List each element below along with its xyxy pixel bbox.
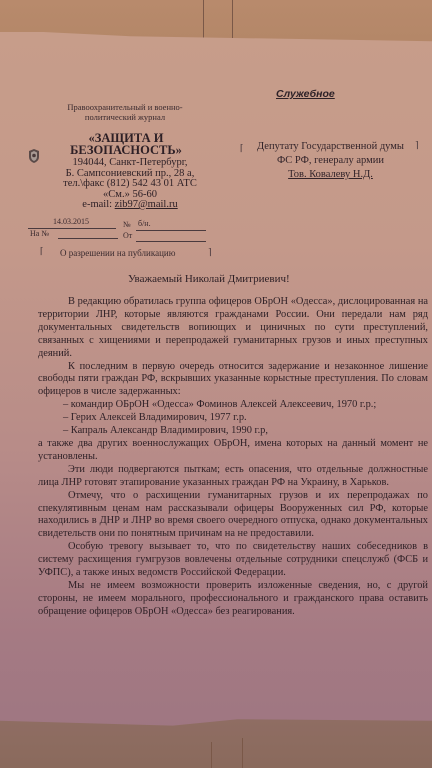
paragraph: Особую тревогу вызывает то, что по свиде… xyxy=(38,541,428,580)
paragraph: В редакцию обратилась группа офицеров ОБ… xyxy=(38,296,428,361)
subject-bracket-right: ⌉ xyxy=(208,247,212,258)
paragraph: Отмечу, что о расхищении гуманитарных гр… xyxy=(38,490,428,542)
paragraph: К последним в первую очередь относится з… xyxy=(38,361,428,400)
email-label: e-mail: xyxy=(82,199,114,210)
requisites-block: 14.03.2015 № б/н. На № От xyxy=(28,221,228,251)
number-value: б/н. xyxy=(138,219,151,228)
background-crack xyxy=(211,742,212,768)
phone-line: тел.\факс (812) 542 43 01 АТС xyxy=(30,179,230,190)
address-line1: 194044, Санкт-Петербург, xyxy=(30,158,230,169)
paragraph: Эти люди подвергаются пыткам; есть опасе… xyxy=(38,464,428,490)
paragraph: Мы не имеем возможности проверить изложе… xyxy=(38,580,428,619)
recipient-block: Депутату Государственной думы ФС РФ, ген… xyxy=(238,140,423,182)
reply-to-label: На № xyxy=(30,229,49,238)
sender-address: 194044, Санкт-Петербург, Б. Сампсониевск… xyxy=(30,158,230,211)
recipient-line1: Депутату Государственной думы xyxy=(238,140,423,154)
letter-body: В редакцию обратилась группа офицеров ОБ… xyxy=(38,296,428,619)
detainee-item: – командир ОБрОН «Одесса» Фоминов Алексе… xyxy=(38,399,428,412)
sender-org-description: Правоохранительный и военно-политический… xyxy=(50,102,200,122)
subject-line: О разрешении на публикацию xyxy=(60,248,175,258)
from-label: От xyxy=(123,231,132,240)
number-label: № xyxy=(123,220,131,229)
detainee-item: – Герих Алексей Владимирович, 1977 г.р. xyxy=(38,412,428,425)
document-date: 14.03.2015 xyxy=(53,217,89,226)
background-crack xyxy=(203,0,204,40)
subject-bracket-left: ⌈ xyxy=(40,246,44,257)
recipient-line2: ФС РФ, генералу армии xyxy=(238,154,423,168)
detainee-item: – Капраль Александр Владимирович, 1990 г… xyxy=(38,425,428,438)
paragraph: а также два других военнослужащих ОБрОН,… xyxy=(38,438,428,464)
from-underline xyxy=(136,241,206,242)
background-crack xyxy=(232,0,233,40)
number-underline xyxy=(136,230,206,231)
document-page: Служебное Правоохранительный и военно-по… xyxy=(0,32,432,742)
org-name-line2: БЕЗОПАСНОСТЬ» xyxy=(56,144,196,156)
email-link[interactable]: zib97@mail.ru xyxy=(115,199,178,210)
classification-label: Служебное xyxy=(276,88,335,100)
reply-to-underline xyxy=(58,238,118,239)
email-line: e-mail: zib97@mail.ru xyxy=(30,200,230,211)
background-crack xyxy=(242,738,243,768)
greeting: Уважаемый Николай Дмитриевич! xyxy=(128,273,290,285)
sender-org-name: «ЗАЩИТА И БЕЗОПАСНОСТЬ» xyxy=(56,132,196,156)
recipient-line3: Тов. Ковалеву Н.Д. xyxy=(238,168,423,182)
